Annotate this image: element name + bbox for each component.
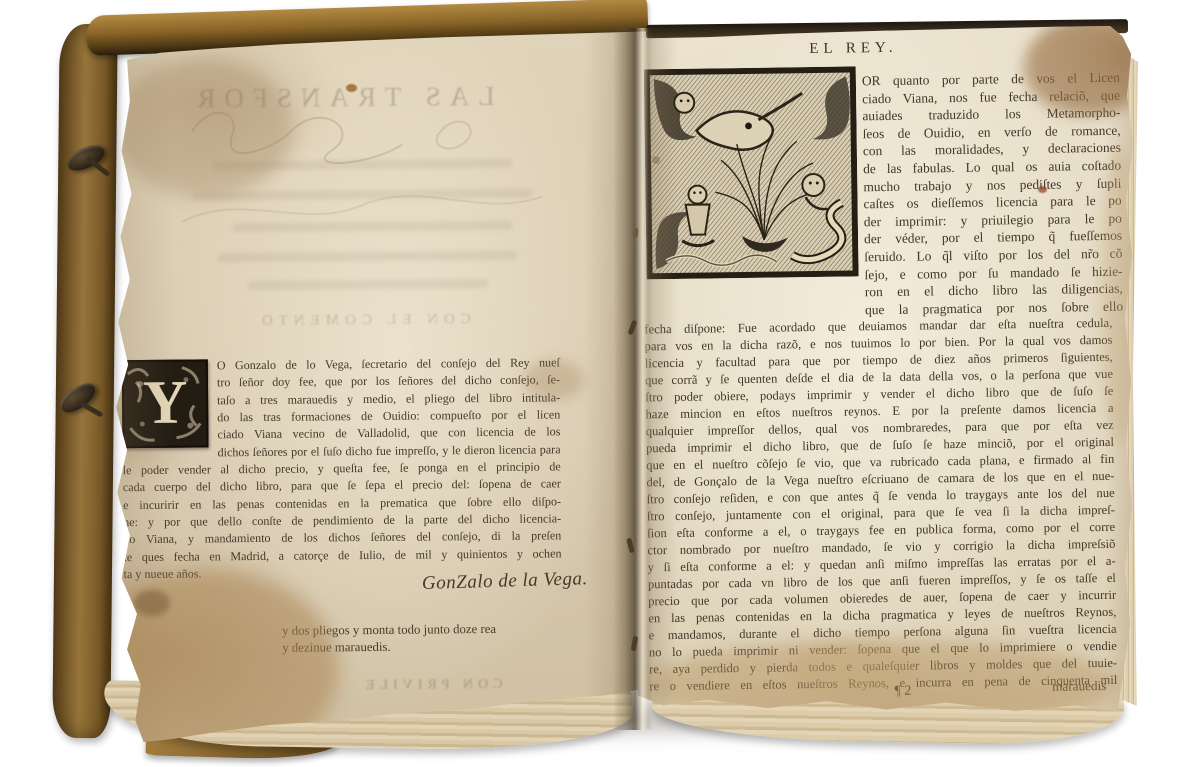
signature-mark: ¶ 2 [894, 684, 911, 700]
gutter-crease [613, 28, 653, 730]
decree-full-width-text: fecha diſpone: Fue acordado que deuiamos… [644, 315, 1117, 695]
price-addendum: y dos pliegos y monta todo junto doze re… [282, 620, 582, 657]
left-page-content: LAS TRANSFOR CON EL COMENTO [91, 28, 649, 745]
scribe-signature: GonZalo de la Vega. [397, 568, 588, 596]
privilege-paragraph: Y O Gonzalo de lo Vega, ſecretario del c… [122, 354, 562, 583]
woodcut-initial-Y-icon: Y [122, 359, 209, 448]
text-line: y dezinue marauedis. [282, 637, 582, 657]
paragraph-full-lines: dichos ſeñores por el ſuſo dicho fue imp… [123, 441, 562, 584]
royal-decree-header: EL REY. [783, 39, 923, 58]
vellum-spine-edge [52, 24, 117, 739]
right-page: EL REY. [638, 26, 1135, 722]
ornamental-woodcut-icon [644, 66, 859, 279]
book-photo: LAS TRANSFOR CON EL COMENTO [0, 0, 1200, 767]
catchword: marauedis [998, 678, 1106, 696]
handwritten-inscription [121, 68, 623, 332]
drop-cap-letter: Y [124, 359, 207, 440]
decree-column-text: OR quanto por parte de vos el Licenciado… [862, 69, 1123, 319]
show-through-privilegio: CON PRIVILE [293, 677, 503, 695]
left-page: LAS TRANSFOR CON EL COMENTO [94, 30, 646, 742]
right-page-content: EL REY. [633, 23, 1140, 726]
